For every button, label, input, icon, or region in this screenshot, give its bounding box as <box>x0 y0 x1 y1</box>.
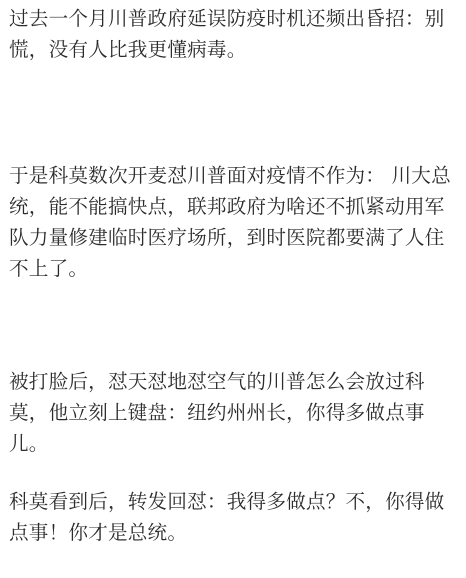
paragraph-2: 于是科莫数次开麦怼川普面对疫情不作为： 川大总统，能不能搞快点，联邦政府为啥还不… <box>9 160 461 284</box>
paragraph-1: 过去一个月川普政府延误防疫时机还频出昏招：别慌，没有人比我更懂病毒。 <box>9 3 461 65</box>
article-body: 过去一个月川普政府延误防疫时机还频出昏招：别慌，没有人比我更懂病毒。 于是科莫数… <box>0 0 466 578</box>
paragraph-3: 被打脸后，怼天怼地怼空气的川普怎么会放过科莫，他立刻上键盘：纽约州州长，你得多做… <box>9 366 461 459</box>
paragraph-4: 科莫看到后，转发回怼：我得多做点？不，你得做点事！你才是总统。 <box>9 486 461 548</box>
